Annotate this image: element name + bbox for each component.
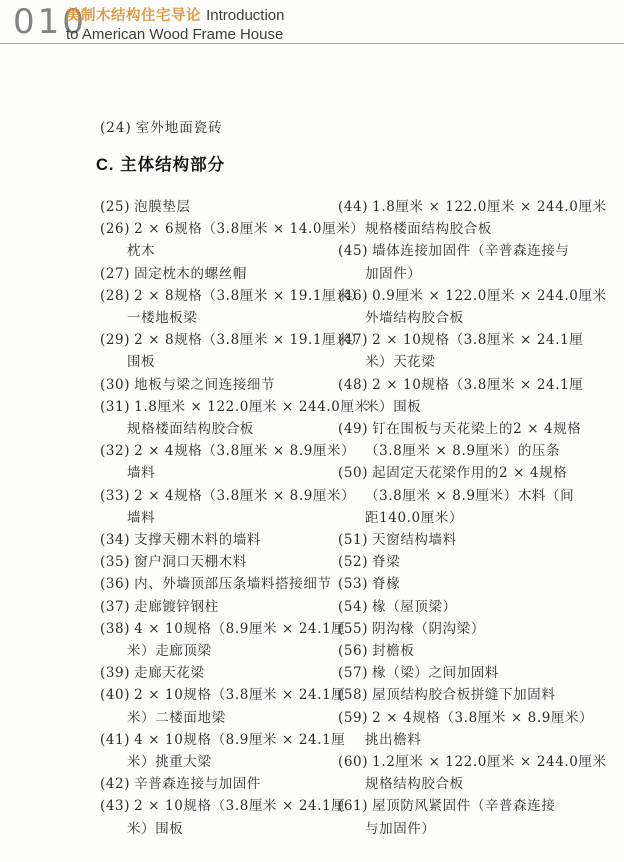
item-line-continuation: 规格楼面结构胶合板 <box>338 218 583 240</box>
item-line-continuation: 米）走廊顶梁 <box>100 640 345 662</box>
item-line: (59)2 × 4规格（3.8厘米 × 8.9厘米） <box>338 707 583 729</box>
item-text: 0.9厘米 × 122.0厘米 × 244.0厘米 <box>372 288 607 304</box>
list-item: (56)封檐板 <box>338 640 583 662</box>
chapter-title-chinese: 美制木结构住宅导论 <box>66 8 201 24</box>
item-text: 内、外墙顶部压条墙料搭接细节 <box>134 576 331 592</box>
item-line: (32)2 × 4规格（3.8厘米 × 8.9厘米） <box>100 440 345 462</box>
item-number: (56) <box>338 643 368 659</box>
item-number: (27) <box>100 266 130 282</box>
list-item: (38)4 × 10规格（8.9厘米 × 24.1厘米）走廊顶梁 <box>100 618 345 662</box>
item-line-continuation: 加固件） <box>338 263 583 285</box>
list-item: (60)1.2厘米 × 122.0厘米 × 244.0厘米规格结构胶合板 <box>338 751 583 795</box>
item-text: 墙体连接加固件（辛普森连接与 <box>372 243 569 259</box>
item-line: (41)4 × 10规格（8.9厘米 × 24.1厘 <box>100 729 345 751</box>
item-line: (29)2 × 8规格（3.8厘米 × 19.1厘米） <box>100 329 345 351</box>
header-rule <box>0 43 624 44</box>
list-item: (37)走廊镀锌钢柱 <box>100 596 345 618</box>
item-line: (61)屋顶防风紧固件（辛普森连接 <box>338 795 583 817</box>
item-number: (45) <box>338 243 368 259</box>
list-item: (34)支撑天棚木料的墙料 <box>100 529 345 551</box>
item-line: (53)脊椽 <box>338 573 583 595</box>
item-number: (49) <box>338 421 368 437</box>
item-number: (25) <box>100 199 130 215</box>
list-item: (30)地板与梁之间连接细节 <box>100 374 345 396</box>
list-item: (48)2 × 10规格（3.8厘米 × 24.1厘米）围板 <box>338 374 583 418</box>
item-text: 天窗结构墙料 <box>372 532 457 548</box>
item-text: 1.8厘米 × 122.0厘米 × 244.0厘米 <box>134 399 369 415</box>
list-item: (27)固定枕木的螺丝帽 <box>100 263 345 285</box>
item-line: (33)2 × 4规格（3.8厘米 × 8.9厘米） <box>100 485 345 507</box>
item-line-continuation: 墙料 <box>100 462 345 484</box>
item-text: 走廊天花梁 <box>134 665 205 681</box>
item-line: (39)走廊天花梁 <box>100 662 345 684</box>
item-line: (36)内、外墙顶部压条墙料搭接细节 <box>100 573 345 595</box>
item-number: (52) <box>338 554 368 570</box>
item-text: 2 × 4规格（3.8厘米 × 8.9厘米） <box>134 488 355 504</box>
item-number: (33) <box>100 488 130 504</box>
item-line: (44)1.8厘米 × 122.0厘米 × 244.0厘米 <box>338 196 583 218</box>
item-line-continuation: 米）挑重大梁 <box>100 751 345 773</box>
item-number: (35) <box>100 554 130 570</box>
item-number: (29) <box>100 332 130 348</box>
item-number: (43) <box>100 798 130 814</box>
item-text: 屋顶防风紧固件（辛普森连接 <box>372 798 555 814</box>
item-number: (60) <box>338 754 368 770</box>
item-text: 1.2厘米 × 122.0厘米 × 244.0厘米 <box>372 754 607 770</box>
left-column: (25)泡膜垫层(26)2 × 6规格（3.8厘米 × 14.0厘米）枕木(27… <box>100 196 345 840</box>
item-line: (30)地板与梁之间连接细节 <box>100 374 345 396</box>
list-item: (36)内、外墙顶部压条墙料搭接细节 <box>100 573 345 595</box>
item-number: (41) <box>100 732 130 748</box>
item-number: (36) <box>100 576 130 592</box>
item-line: (35)窗户洞口天棚木料 <box>100 551 345 573</box>
item-text: 2 × 10规格（3.8厘米 × 24.1厘 <box>372 377 583 393</box>
item-text: 室外地面瓷砖 <box>136 120 223 136</box>
list-item: (28)2 × 8规格（3.8厘米 × 19.1厘米）一楼地板梁 <box>100 285 345 329</box>
item-text: 脊椽 <box>372 576 400 592</box>
item-line: (58)屋顶结构胶合板拼缝下加固料 <box>338 684 583 706</box>
item-line-continuation: 墙料 <box>100 507 345 529</box>
list-item: (55)阴沟椽（阴沟梁） <box>338 618 583 640</box>
item-number: (40) <box>100 687 130 703</box>
item-number: (38) <box>100 621 130 637</box>
item-number: (37) <box>100 599 130 615</box>
item-line: (49)钉在围板与天花梁上的2 × 4规格 <box>338 418 583 440</box>
item-text: 2 × 8规格（3.8厘米 × 19.1厘米） <box>134 332 364 348</box>
item-line: (52)脊梁 <box>338 551 583 573</box>
list-item: (61)屋顶防风紧固件（辛普森连接与加固件） <box>338 795 583 839</box>
item-number: (47) <box>338 332 368 348</box>
item-line: (42)辛普森连接与加固件 <box>100 773 345 795</box>
list-item: (51)天窗结构墙料 <box>338 529 583 551</box>
list-item: (57)椽（梁）之间加固料 <box>338 662 583 684</box>
item-line: (25)泡膜垫层 <box>100 196 345 218</box>
list-item: (52)脊梁 <box>338 551 583 573</box>
item-line-continuation: 米）天花梁 <box>338 351 583 373</box>
item-text: 固定枕木的螺丝帽 <box>134 266 247 282</box>
item-line: (26)2 × 6规格（3.8厘米 × 14.0厘米） <box>100 218 345 240</box>
item-line-continuation: 枕木 <box>100 240 345 262</box>
list-item: (49)钉在围板与天花梁上的2 × 4规格（3.8厘米 × 8.9厘米）的压条 <box>338 418 583 462</box>
list-item: (29)2 × 8规格（3.8厘米 × 19.1厘米）围板 <box>100 329 345 373</box>
item-text: 窗户洞口天棚木料 <box>134 554 247 570</box>
item-line: (38)4 × 10规格（8.9厘米 × 24.1厘 <box>100 618 345 640</box>
list-item: (50)起固定天花梁作用的2 × 4规格（3.8厘米 × 8.9厘米）木料（间距… <box>338 462 583 529</box>
item-number: (53) <box>338 576 368 592</box>
item-text: 4 × 10规格（8.9厘米 × 24.1厘 <box>134 621 345 637</box>
item-line-continuation: 与加固件） <box>338 818 583 840</box>
item-line-continuation: 规格楼面结构胶合板 <box>100 418 345 440</box>
item-text: 2 × 4规格（3.8厘米 × 8.9厘米） <box>372 710 593 726</box>
list-item-24: (24)室外地面瓷砖 <box>100 116 223 136</box>
item-line-continuation: 距140.0厘米） <box>338 507 583 529</box>
item-line-continuation: 挑出檐料 <box>338 729 583 751</box>
item-text: 1.8厘米 × 122.0厘米 × 244.0厘米 <box>372 199 607 215</box>
item-number: (61) <box>338 798 368 814</box>
item-number: (59) <box>338 710 368 726</box>
list-item: (32)2 × 4规格（3.8厘米 × 8.9厘米）墙料 <box>100 440 345 484</box>
list-item: (53)脊椽 <box>338 573 583 595</box>
item-line: (60)1.2厘米 × 122.0厘米 × 244.0厘米 <box>338 751 583 773</box>
list-item: (44)1.8厘米 × 122.0厘米 × 244.0厘米规格楼面结构胶合板 <box>338 196 583 240</box>
item-line: (40)2 × 10规格（3.8厘米 × 24.1厘 <box>100 684 345 706</box>
item-text: 脊梁 <box>372 554 400 570</box>
item-line-continuation: 围板 <box>100 351 345 373</box>
item-text: 支撑天棚木料的墙料 <box>134 532 261 548</box>
book-page: 010 美制木结构住宅导论 Introduction to American W… <box>0 0 624 862</box>
list-item: (45)墙体连接加固件（辛普森连接与加固件） <box>338 240 583 284</box>
chapter-title-english-line2: to American Wood Frame House <box>66 26 283 43</box>
item-line-continuation: 米）围板 <box>100 818 345 840</box>
item-text: 辛普森连接与加固件 <box>134 776 261 792</box>
item-line: (48)2 × 10规格（3.8厘米 × 24.1厘 <box>338 374 583 396</box>
item-text: 2 × 8规格（3.8厘米 × 19.1厘米） <box>134 288 364 304</box>
item-line-continuation: （3.8厘米 × 8.9厘米）的压条 <box>338 440 583 462</box>
item-line: (54)椽（屋顶梁） <box>338 596 583 618</box>
item-line: (37)走廊镀锌钢柱 <box>100 596 345 618</box>
item-line: (47)2 × 10规格（3.8厘米 × 24.1厘 <box>338 329 583 351</box>
item-text: 2 × 10规格（3.8厘米 × 24.1厘 <box>372 332 583 348</box>
item-text: 地板与梁之间连接细节 <box>134 377 275 393</box>
item-text: 钉在围板与天花梁上的2 × 4规格 <box>372 421 581 437</box>
item-number: (31) <box>100 399 130 415</box>
item-number: (50) <box>338 465 368 481</box>
item-number: (42) <box>100 776 130 792</box>
list-item: (58)屋顶结构胶合板拼缝下加固料 <box>338 684 583 706</box>
item-number: (51) <box>338 532 368 548</box>
item-line: (34)支撑天棚木料的墙料 <box>100 529 345 551</box>
item-line: (43)2 × 10规格（3.8厘米 × 24.1厘 <box>100 795 345 817</box>
item-number: (55) <box>338 621 368 637</box>
item-number: (30) <box>100 377 130 393</box>
list-item: (59)2 × 4规格（3.8厘米 × 8.9厘米）挑出檐料 <box>338 707 583 751</box>
item-line: (45)墙体连接加固件（辛普森连接与 <box>338 240 583 262</box>
item-line-continuation: （3.8厘米 × 8.9厘米）木料（间 <box>338 485 583 507</box>
item-line: (51)天窗结构墙料 <box>338 529 583 551</box>
list-item: (25)泡膜垫层 <box>100 196 345 218</box>
list-item: (40)2 × 10规格（3.8厘米 × 24.1厘米）二楼面地梁 <box>100 684 345 728</box>
item-number: (48) <box>338 377 368 393</box>
item-text: 屋顶结构胶合板拼缝下加固料 <box>372 687 555 703</box>
item-line: (57)椽（梁）之间加固料 <box>338 662 583 684</box>
item-text: 泡膜垫层 <box>134 199 190 215</box>
list-item: (42)辛普森连接与加固件 <box>100 773 345 795</box>
item-line: (56)封檐板 <box>338 640 583 662</box>
item-line: (28)2 × 8规格（3.8厘米 × 19.1厘米） <box>100 285 345 307</box>
item-number: (57) <box>338 665 368 681</box>
item-text: 2 × 10规格（3.8厘米 × 24.1厘 <box>134 798 345 814</box>
item-number: (44) <box>338 199 368 215</box>
item-text: 2 × 10规格（3.8厘米 × 24.1厘 <box>134 687 345 703</box>
item-number: (54) <box>338 599 368 615</box>
item-number: (58) <box>338 687 368 703</box>
list-item: (26)2 × 6规格（3.8厘米 × 14.0厘米）枕木 <box>100 218 345 262</box>
item-number: (46) <box>338 288 368 304</box>
chapter-title-english-line1: Introduction <box>206 7 284 24</box>
item-number: (24) <box>100 120 132 136</box>
list-item: (31)1.8厘米 × 122.0厘米 × 244.0厘米规格楼面结构胶合板 <box>100 396 345 440</box>
section-heading: C. 主体结构部分 <box>96 151 225 175</box>
item-number: (26) <box>100 221 130 237</box>
item-text: 4 × 10规格（8.9厘米 × 24.1厘 <box>134 732 345 748</box>
item-number: (32) <box>100 443 130 459</box>
item-line: (55)阴沟椽（阴沟梁） <box>338 618 583 640</box>
item-line-continuation: 米）围板 <box>338 396 583 418</box>
item-line-continuation: 一楼地板梁 <box>100 307 345 329</box>
item-text: 封檐板 <box>372 643 414 659</box>
item-line-continuation: 规格结构胶合板 <box>338 773 583 795</box>
list-item: (39)走廊天花梁 <box>100 662 345 684</box>
list-item: (43)2 × 10规格（3.8厘米 × 24.1厘米）围板 <box>100 795 345 839</box>
item-line: (27)固定枕木的螺丝帽 <box>100 263 345 285</box>
item-text: 椽（屋顶梁） <box>372 599 457 615</box>
right-column: (44)1.8厘米 × 122.0厘米 × 244.0厘米规格楼面结构胶合板(4… <box>338 196 583 840</box>
item-line-continuation: 米）二楼面地梁 <box>100 707 345 729</box>
item-text: 阴沟椽（阴沟梁） <box>372 621 485 637</box>
item-text: 起固定天花梁作用的2 × 4规格 <box>372 465 567 481</box>
item-number: (28) <box>100 288 130 304</box>
item-text: 2 × 6规格（3.8厘米 × 14.0厘米） <box>134 221 364 237</box>
item-line: (50)起固定天花梁作用的2 × 4规格 <box>338 462 583 484</box>
item-text: 走廊镀锌钢柱 <box>134 599 219 615</box>
list-item: (33)2 × 4规格（3.8厘米 × 8.9厘米）墙料 <box>100 485 345 529</box>
list-item: (35)窗户洞口天棚木料 <box>100 551 345 573</box>
chapter-title: 美制木结构住宅导论 Introduction to American Wood … <box>66 6 284 43</box>
item-number: (39) <box>100 665 130 681</box>
list-item: (41)4 × 10规格（8.9厘米 × 24.1厘米）挑重大梁 <box>100 729 345 773</box>
item-text: 椽（梁）之间加固料 <box>372 665 499 681</box>
item-line: (31)1.8厘米 × 122.0厘米 × 244.0厘米 <box>100 396 345 418</box>
item-number: (34) <box>100 532 130 548</box>
list-item: (46)0.9厘米 × 122.0厘米 × 244.0厘米外墙结构胶合板 <box>338 285 583 329</box>
item-line-continuation: 外墙结构胶合板 <box>338 307 583 329</box>
item-text: 2 × 4规格（3.8厘米 × 8.9厘米） <box>134 443 355 459</box>
item-line: (46)0.9厘米 × 122.0厘米 × 244.0厘米 <box>338 285 583 307</box>
list-item: (47)2 × 10规格（3.8厘米 × 24.1厘米）天花梁 <box>338 329 583 373</box>
list-item: (54)椽（屋顶梁） <box>338 596 583 618</box>
